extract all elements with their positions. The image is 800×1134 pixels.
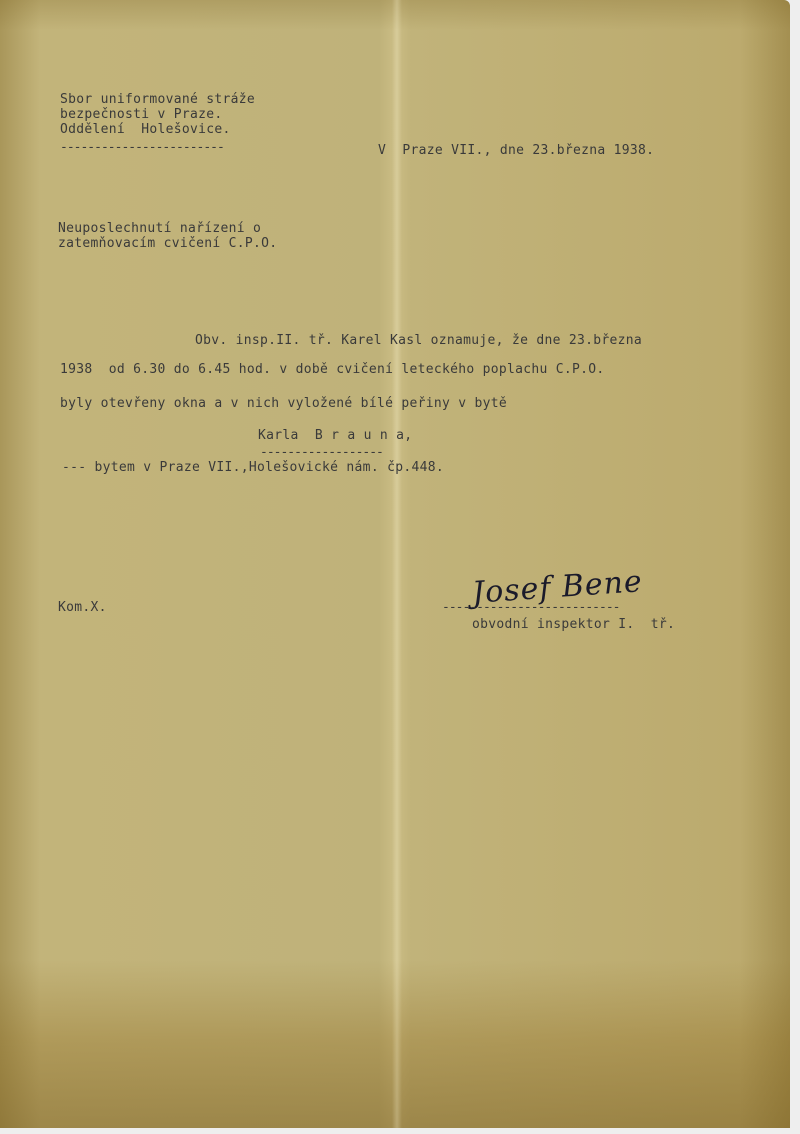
body-line-3: byly otevřeny okna a v nich vyložené bíl… (60, 396, 507, 411)
reference-kom: Kom.X. (58, 600, 107, 615)
accused-name: Karla B r a u n a, (258, 428, 412, 443)
place-date: V Praze VII., dne 23.března 1938. (378, 143, 654, 158)
document-page: Sbor uniformované stráže bezpečnosti v P… (0, 0, 790, 1128)
subject-line-2: zatemňovacím cvičení C.P.O. (58, 236, 277, 251)
signature-line: -------------------------- (442, 601, 620, 614)
body-line-1: Obv. insp.II. tř. Karel Kasl oznamuje, ž… (195, 333, 642, 348)
paper-fold (392, 0, 402, 1128)
subject-line-1: Neuposlechnutí nařízení o (58, 221, 261, 236)
header-city: bezpečnosti v Praze. (60, 107, 223, 122)
header-department: Oddělení Holešovice. (60, 122, 231, 137)
header-organization: Sbor uniformované stráže (60, 92, 255, 107)
body-line-2: 1938 od 6.30 do 6.45 hod. v době cvičení… (60, 362, 605, 377)
signatory-title: obvodní inspektor I. tř. (472, 617, 675, 632)
body-line-4-address: --- bytem v Praze VII.,Holešovické nám. … (62, 460, 444, 475)
accused-name-underline: ------------------ (260, 446, 383, 459)
header-underline: ------------------------ (60, 141, 224, 154)
